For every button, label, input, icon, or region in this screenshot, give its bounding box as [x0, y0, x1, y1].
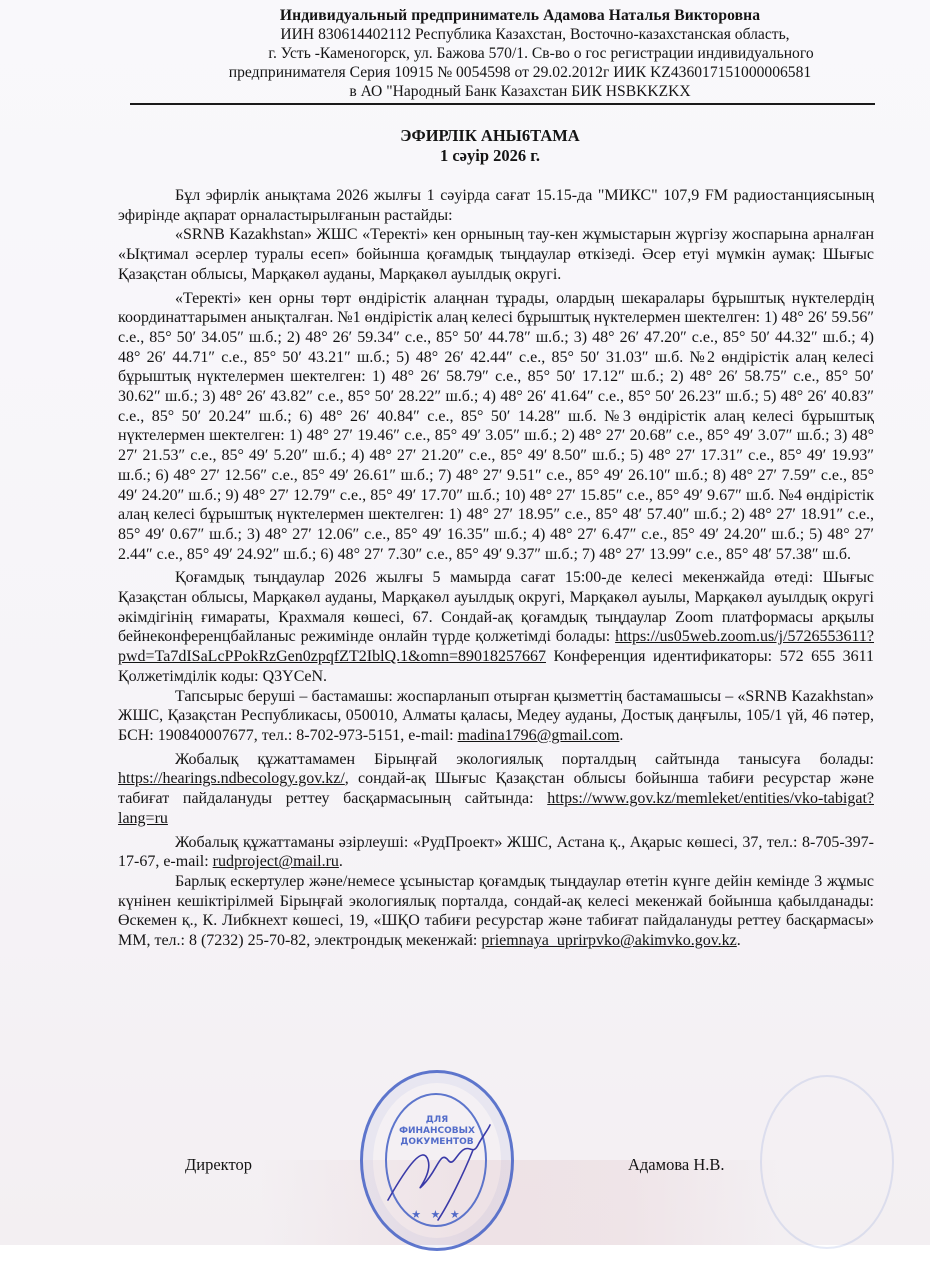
akimat-email-link[interactable]: priemnaya_uprirpvko@akimvko.gov.kz	[481, 932, 736, 949]
paragraph-initiator: Тапсырыс беруші – бастамашы: жоспарланып…	[118, 687, 874, 746]
title-heading: ЭФИРЛІК АНЫ6ТАМА	[100, 126, 880, 146]
paragraph-hearing-venue: Қоғамдық тыңдаулар 2026 жылғы 5 мамырда …	[118, 568, 874, 686]
document-page: Индивидуальный предприниматель Адамова Н…	[0, 0, 930, 1245]
document-body: Бұл эфирлік анықтама 2026 жылғы 1 сәуірд…	[118, 186, 874, 951]
documentation-text: Жобалық құжаттамамен Бірыңғай экологиялы…	[175, 751, 874, 768]
title-date: 1 сәуір 2026 г.	[100, 146, 880, 166]
initiator-email-link[interactable]: madina1796@gmail.com	[458, 727, 620, 744]
letterhead: Индивидуальный предприниматель Адамова Н…	[150, 6, 890, 101]
paragraph-coordinates: «Теректі» кен орны төрт өндірістік алаңн…	[118, 289, 874, 565]
letterhead-line: г. Усть -Каменогорск, ул. Бажова 570/1. …	[150, 44, 890, 63]
letterhead-divider	[130, 103, 875, 105]
letterhead-name: Индивидуальный предприниматель Адамова Н…	[150, 6, 890, 25]
paragraph-developer: Жобалық құжаттаманы әзірлеуші: «РудПроек…	[118, 833, 874, 872]
developer-email-link[interactable]: rudproject@mail.ru	[213, 853, 339, 870]
document-title: ЭФИРЛІК АНЫ6ТАМА 1 сәуір 2026 г.	[100, 126, 880, 166]
letterhead-line: предпринимателя Серия 10915 № 0054598 от…	[150, 63, 890, 82]
signer-name: Адамова Н.В.	[628, 1155, 725, 1175]
bleed-through-stamp	[760, 1075, 894, 1249]
paragraph-documentation: Жобалық құжаттамамен Бірыңғай экологиялы…	[118, 750, 874, 829]
punctuation: .	[339, 853, 343, 870]
punctuation: .	[737, 932, 741, 949]
punctuation: .	[619, 727, 623, 744]
ecology-portal-link[interactable]: https://hearings.ndbecology.gov.kz/	[118, 770, 345, 787]
paragraph-hearings: «SRNB Kazakhstan» ЖШС «Теректі» кен орны…	[118, 225, 874, 284]
paragraph-broadcast: Бұл эфирлік анықтама 2026 жылғы 1 сәуірд…	[118, 186, 874, 225]
signer-role: Директор	[185, 1155, 252, 1175]
letterhead-line: в АО "Народный Банк Казахстан БИК HSBKKZ…	[150, 82, 890, 101]
handwritten-signature	[378, 1105, 498, 1225]
paragraph-comments: Барлық ескертулер және/немесе ұсыныстар …	[118, 872, 874, 951]
letterhead-line: ИИН 830614402112 Республика Казахстан, В…	[150, 25, 890, 44]
